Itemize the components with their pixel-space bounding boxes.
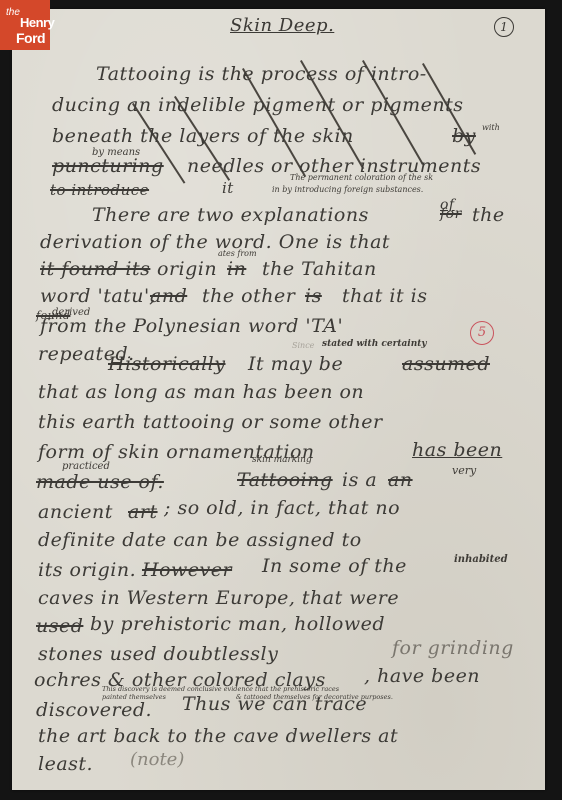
line-8b: origin [157,258,217,280]
insertion-ates-from: ates from [218,249,257,258]
line-11: from the Polynesian word 'TA' [40,315,343,337]
line-5a-struck: to introduce [50,181,149,199]
line-9d-struck: is [305,285,322,307]
insertion-since-faint: Since [292,341,314,350]
line-22a: its origin. [38,559,136,581]
line-23: caves in Western Europe, that were [38,587,399,609]
insertion-foreign-substances: in by introducing foreign substances. [272,185,423,194]
line-6d: the [472,204,505,226]
line-3a: beneath the layers of the skin [52,125,354,147]
line-20c: ; so old, in fact, that no [164,497,400,519]
red-circled-number: 5 [470,321,494,345]
line-14a-struck: Historically [108,353,226,375]
line-1: Tattooing is the process of intro- [96,63,427,85]
line-29: least. [38,753,93,775]
line-6a: There are two explanations [92,204,369,226]
manuscript-page: Skin Deep. 1 Tattooing is the process of… [12,9,545,790]
line-14c-struck: assumed [402,353,490,375]
line-19a-struck: made use of. [36,471,164,493]
insertion-inhabited: inhabited [454,554,508,565]
line-9c: the other [202,285,295,307]
line-25b-pencil: for grinding [392,637,514,659]
line-24a-struck: used [36,615,83,637]
line-20b-struck: art [128,501,158,523]
line-21: definite date can be assigned to [38,529,362,551]
line-22b-struck: However [142,559,232,581]
line-14b: It may be [248,353,343,375]
line-3b-struck: by [452,125,476,147]
line-19b-struck: Tattooing [237,469,333,491]
line-25a: stones used doubtlessly [38,643,278,665]
insertion-skin-marking: skin marking [252,455,312,465]
line-27b: Thus we can trace [182,693,367,715]
line-24b: by prehistoric man, hollowed [90,613,385,635]
insertion-stated-with-certainty: stated with certainty [322,339,427,349]
line-8c-struck: in [227,258,246,280]
line-3c: with [482,123,500,132]
line-16: this earth tattooing or some other [38,411,383,433]
line-8a-struck: it found its [40,258,150,280]
line-9a: word 'tatu'; [40,285,157,307]
manuscript-title: Skin Deep. [230,15,334,36]
line-17b: has been [412,439,502,461]
line-28: the art back to the cave dwellers at [38,725,398,747]
line-15: that as long as man has been on [38,381,364,403]
insertion-permanent-coloration: The permanent coloration of the sk [290,173,433,182]
line-5b: it [222,179,234,197]
insertion-very: very [452,464,476,477]
insertion-of: of [440,197,455,213]
logo-line-henry: Henry [20,16,54,29]
line-7: derivation of the word. One is that [40,231,390,253]
logo-line-the: the [6,8,20,18]
page-number-circle: 1 [494,17,514,37]
line-22c: In some of the [262,555,407,577]
line-9e: that it is [342,285,427,307]
insertion-discovery-conclusive: This discovery is deemed conclusive evid… [102,685,339,693]
henry-ford-logo: the Henry Ford [0,0,50,50]
line-4b-struck: puncturing [52,155,164,177]
pencil-note: (note) [130,749,184,770]
line-8e: the Tahitan [262,258,377,280]
line-19c: is a [342,469,377,491]
line-20a: ancient [38,501,113,523]
line-9b-struck: and [150,285,187,307]
line-2: ducing an indelible pigment or pigments [52,94,463,116]
line-27a: discovered. [36,699,152,721]
line-19d-struck: an [388,469,413,491]
logo-line-ford: Ford [16,31,45,45]
line-26b: , have been [364,665,480,687]
